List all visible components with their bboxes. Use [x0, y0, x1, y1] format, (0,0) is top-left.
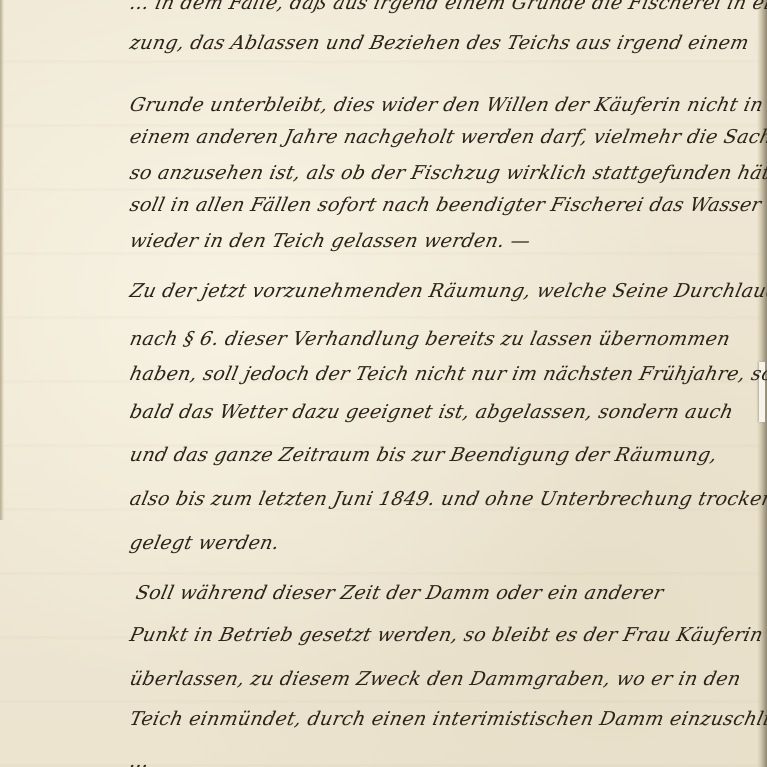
text-line-17: Teich einmündet, durch einen interimisti…: [128, 710, 767, 729]
text-line-0-cut: ... in dem Falle, daß aus irgend einem G…: [128, 0, 767, 13]
text-line-6: wieder in den Teich gelassen werden. —: [128, 232, 532, 251]
manuscript-page: ... in dem Falle, daß aus irgend einem G…: [0, 0, 767, 767]
text-line-12: also bis zum letzten Juni 1849. und ohne…: [128, 490, 767, 509]
text-line-10: bald das Wetter dazu geeignet ist, abgel…: [128, 403, 735, 422]
text-line-14-paragraph-start: Soll während dieser Zeit der Damm oder e…: [134, 584, 665, 603]
text-line-8: nach § 6. dieser Verhandlung bereits zu …: [128, 330, 732, 349]
page-left-edge: [0, 0, 4, 520]
text-line-11: und das ganze Zeitraum bis zur Beendigun…: [128, 446, 719, 465]
text-line-15: Punkt in Betrieb gesetzt werden, so blei…: [128, 626, 765, 645]
text-line-13: gelegt werden.: [128, 534, 281, 553]
text-line-7-paragraph-start: Zu der jetzt vorzunehmenden Räumung, wel…: [128, 282, 767, 301]
text-line-9: haben, soll jedoch der Teich nicht nur i…: [128, 365, 767, 384]
text-line-3: einem anderen Jahre nachgeholt werden da…: [128, 128, 767, 147]
text-line-4: so anzusehen ist, als ob der Fischzug wi…: [128, 164, 767, 183]
text-line-2: Grunde unterbleibt, dies wider den Wille…: [128, 96, 765, 115]
text-line-1: zung, das Ablassen und Beziehen des Teic…: [128, 34, 751, 53]
text-line-5: soll in allen Fällen sofort nach beendig…: [128, 196, 763, 215]
text-line-18-cut: ...: [128, 752, 151, 767]
text-line-16: überlassen, zu diesem Zweck den Dammgrab…: [128, 670, 742, 689]
